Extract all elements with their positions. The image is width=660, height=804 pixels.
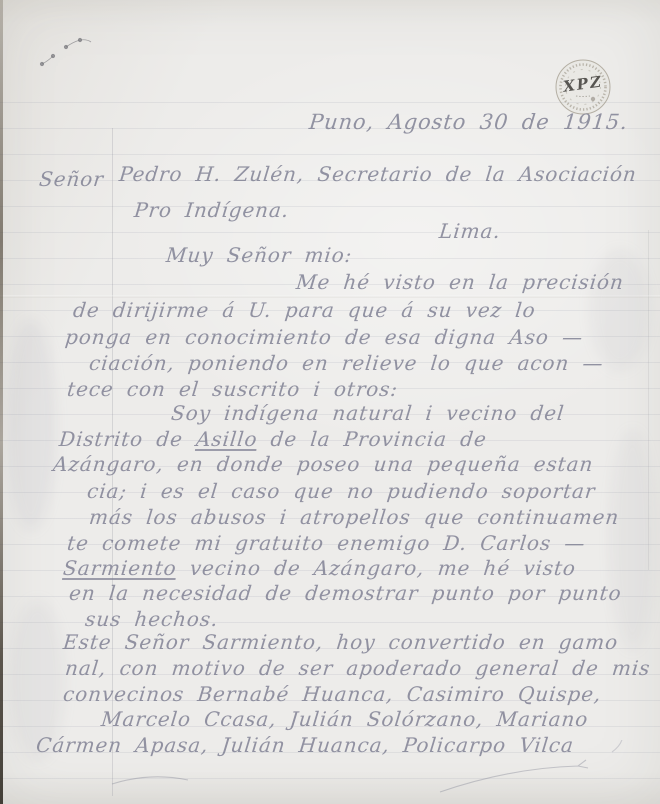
letter-line: convecinos Bernabé Huanca, Casimiro Quis… (62, 682, 603, 706)
paper-left-edge (0, 0, 3, 804)
letter-line: de dirijirme á U. para que á su vez lo (72, 298, 537, 322)
letter-line-segment: ponga en conocimiento de esa digna Aso (64, 325, 550, 349)
letter-line: Pedro H. Zulén, Secretario de la Asociac… (118, 162, 638, 186)
letter-line: cia; i es el caso que no pudiendo soport… (86, 479, 597, 503)
letter-line: ponga en conocimiento de esa digna Aso — (64, 325, 584, 349)
letter-line-segment: Este Señor Sarmiento, hoy convertido en … (62, 630, 619, 654)
letter-line-segment: Azángaro, en donde poseo una pequeña est… (52, 452, 595, 476)
letter-line-segment: Asillo (195, 427, 259, 451)
letter-line-segment: de la Provincia de (256, 427, 488, 451)
letter-line: Soy indígena natural i vecino del (170, 401, 566, 425)
letter-line-segment: en la necesidad de demostrar punto por p… (68, 581, 623, 605)
letter-line: Marcelo Ccasa, Julián Solórzano, Mariano (100, 707, 590, 731)
letter-line-segment: cia; i es el caso que no pudiendo soport… (86, 479, 597, 503)
letter-line-segment: más los abusos i atropellos que continua… (88, 505, 621, 529)
bottom-flourishes (0, 740, 660, 804)
letter-line-segment: te comete mi gratuito enemigo D. Carlos (66, 531, 553, 555)
letter-line: en la necesidad de demostrar punto por p… (68, 581, 623, 605)
letter-line: te comete mi gratuito enemigo D. Carlos … (66, 531, 587, 555)
letter-line-segment: de dirijirme á U. para que á su vez lo (72, 298, 537, 322)
letter-line-segment: Lima. (438, 219, 502, 243)
letter-line-segment: — (548, 325, 585, 349)
letter-line-segment: Señor (38, 167, 105, 191)
letter-line: tece con el suscrito i otros: (66, 377, 399, 401)
letter-line: más los abusos i atropellos que continua… (88, 505, 621, 529)
letter-line-segment: Muy Señor mio: (165, 243, 354, 267)
bleedthrough-smudge (6, 320, 56, 530)
letter-line-segment: tece con el suscrito i otros: (66, 377, 399, 401)
letter-line: Distrito de Asillo de la Provincia de (58, 427, 488, 451)
letter-line-segment: convecinos Bernabé Huanca, Casimiro Quis… (62, 682, 603, 706)
letter-line-segment: sus hechos. (84, 607, 220, 631)
letter-line: Me hé visto en la precisión (295, 270, 625, 294)
letter-line-segment: vecino de Azángaro, me hé visto (175, 556, 577, 580)
letter-line-segment: ciación, poniendo en relieve lo que acon (88, 351, 571, 375)
bleedthrough-smudge (610, 430, 655, 650)
letter-line: Azángaro, en donde poseo una pequeña est… (52, 452, 595, 476)
letter-line: nal, con motivo de ser apoderado general… (64, 656, 652, 680)
letter-line: Señor (38, 167, 105, 191)
letter-line-segment: Sarmiento (62, 556, 178, 580)
letter-line: Sarmiento vecino de Azángaro, me hé vist… (62, 556, 577, 580)
manuscript-page: XPZ Puno, Agosto 30 de 1915.SeñorPedro H… (0, 0, 660, 804)
letter-line-segment: Distrito de (58, 427, 197, 451)
letter-line: Pro Indígena. (133, 198, 290, 222)
letter-line: ciación, poniendo en relieve lo que acon… (88, 351, 605, 375)
letter-line-segment: Soy indígena natural i vecino del (170, 401, 566, 425)
letter-line: Lima. (438, 219, 502, 243)
punch-marks (25, 25, 115, 85)
letter-line: Este Señor Sarmiento, hoy convertido en … (62, 630, 619, 654)
letter-line-segment: — (568, 351, 605, 375)
letter-line-segment: Me hé visto en la precisión (295, 270, 625, 294)
letter-line: sus hechos. (84, 607, 220, 631)
letter-line-segment: Pedro H. Zulén, Secretario de la Asociac… (118, 162, 638, 186)
letter-line-segment: Puno, Agosto 30 de 1915. (308, 110, 629, 134)
letter-line: Puno, Agosto 30 de 1915. (308, 110, 629, 134)
letter-line-segment: Marcelo Ccasa, Julián Solórzano, Mariano (100, 707, 590, 731)
letter-line: Muy Señor mio: (165, 243, 354, 267)
letter-line-segment: nal, con motivo de ser apoderado general… (64, 656, 652, 680)
letter-line-segment: — (550, 531, 587, 555)
letter-line-segment: Pro Indígena. (133, 198, 290, 222)
